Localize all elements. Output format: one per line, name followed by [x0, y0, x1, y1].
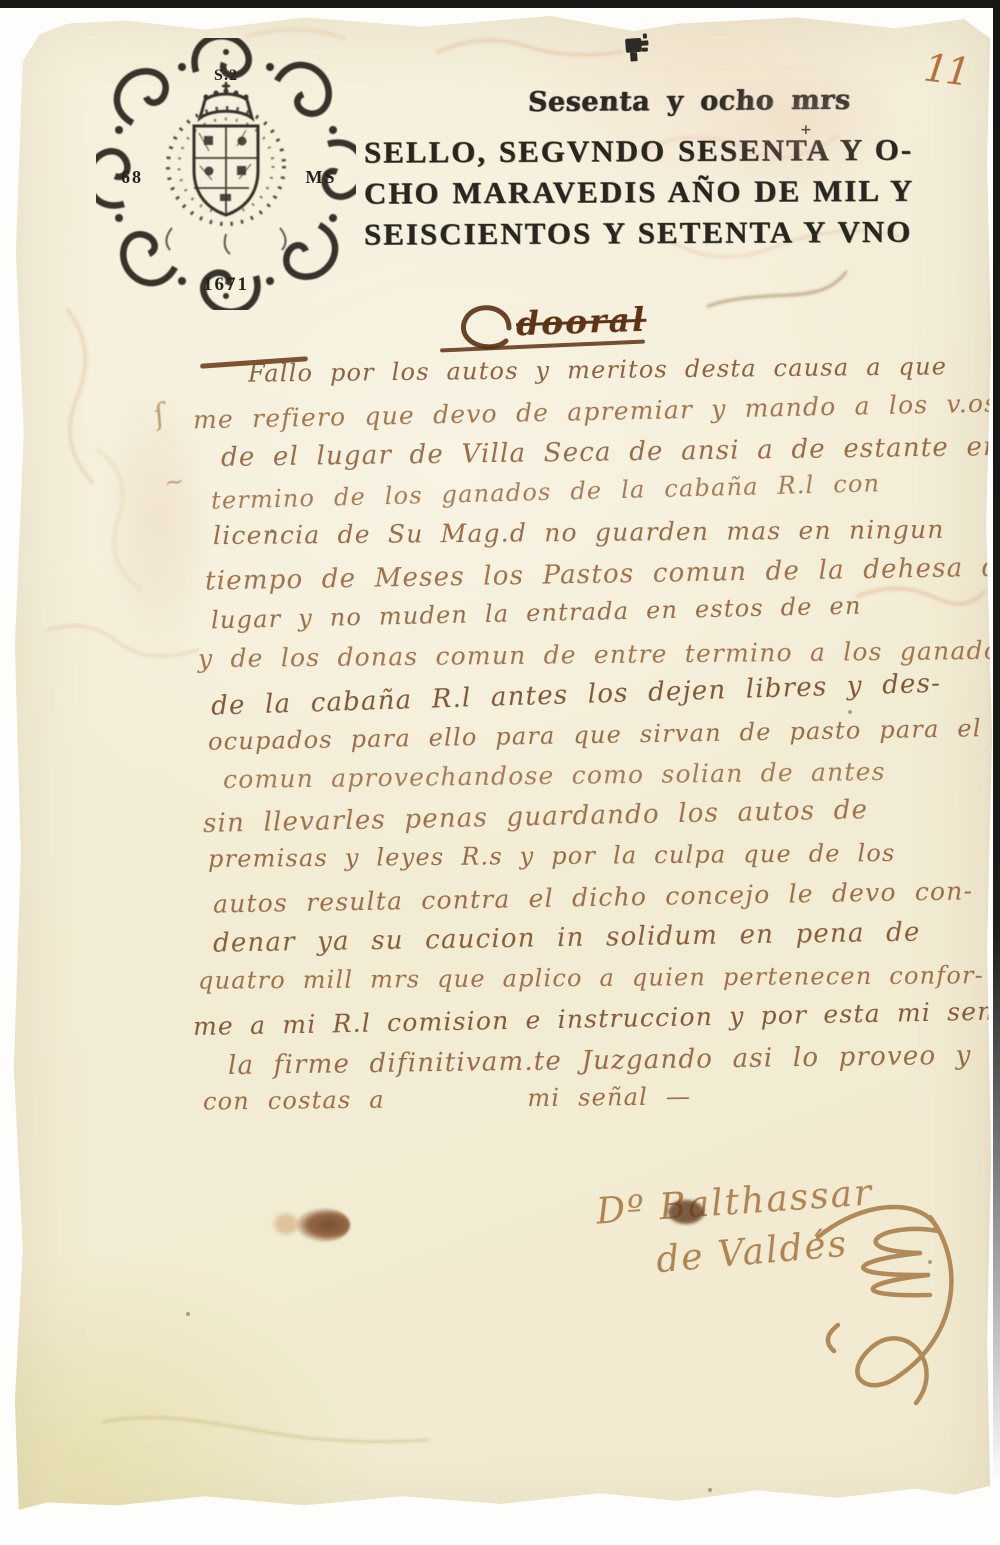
manuscript-line: de la cabaña R.l antes los dejen libres … [211, 669, 942, 722]
document-page: S.2 68 MS 1671 11 Sesenta y ocho mrs SEL… [8, 10, 994, 1522]
fox-speck [186, 1312, 190, 1316]
manuscript-line: comun aprovechandose como solian de ante… [223, 757, 886, 794]
manuscript-line: tiempo de Meses los Pastos comun de la d… [205, 551, 1000, 596]
manuscript-body: Fallo por los autos y meritos desta caus… [193, 348, 983, 1138]
ink-blot [668, 1200, 704, 1224]
manuscript-line: y de los donas comun de entre termino a … [198, 635, 1000, 673]
fox-speck [708, 1488, 712, 1492]
scan-edge-top [0, 0, 1000, 8]
manuscript-line: autos resulta contra el dicho concejo le… [213, 876, 974, 918]
manuscript-line: quatro mill mrs que aplico a quien perte… [198, 961, 984, 994]
manuscript-line: de el lugar de Villa Seca de ansi a de e… [221, 431, 1000, 473]
manuscript-line: premisas y leyes R.s y por la culpa que … [208, 839, 896, 873]
ink-stain [296, 1208, 350, 1242]
manuscript-line: con costas a mi señal — [203, 1082, 691, 1115]
seal-right-label: MS [306, 167, 337, 187]
manuscript-line: ocupados para ello para que sirvan de pa… [208, 714, 982, 755]
show-through-smudge [108, 380, 208, 660]
manuscript-line: sin llevarles penas guardando los autos … [203, 795, 869, 839]
manuscript-line: me refiero que devo de apremiar y mando … [193, 388, 999, 434]
fox-speck [928, 1260, 932, 1264]
folio-number: 11 [921, 45, 970, 94]
manuscript-line: la firme difinitivam.te Juzgando asi lo … [228, 1039, 1000, 1081]
scan-edge-right [993, 0, 1000, 1545]
royal-tax-seal: S.2 68 MS 1671 [96, 38, 356, 310]
stamp-printed-line: CHO MARAVEDIS AÑO DE MIL Y [364, 169, 994, 213]
ink-stain [274, 1214, 298, 1234]
fox-speck [848, 710, 852, 714]
manuscript-line: Fallo por los autos y meritos desta caus… [248, 352, 947, 387]
seal-year-label: 1671 [203, 274, 249, 295]
cross-mark-icon [620, 32, 658, 76]
coat-of-arms-shield [194, 126, 258, 215]
crown-icon [200, 82, 252, 118]
scanned-document: S.2 68 MS 1671 11 Sesenta y ocho mrs SEL… [0, 0, 1000, 1545]
stamp-printed-line: SELLO, SEGVNDO SESENTA Y O- [364, 128, 994, 172]
seal-left-label: 68 [121, 167, 143, 187]
manuscript-line: me a mi R.l comision e instruccion y por… [193, 996, 1000, 1041]
show-through-smudge [698, 60, 898, 190]
heading-crossed-out: dooral [515, 300, 647, 344]
signature-rubric-flourish [778, 1175, 998, 1410]
manuscript-line: denar ya su caucion in solidum en pena d… [213, 917, 921, 958]
stamp-printed-line: SEISCIENTOS Y SETENTA Y VNO [364, 210, 994, 254]
fox-speck [270, 529, 274, 533]
seal-top-label: S.2 [214, 67, 238, 84]
manuscript-line: licencia de Su Mag.d no guarden mas en n… [213, 515, 945, 550]
stamp-printed-text: SELLO, SEGVNDO SESENTA Y O- CHO MARAVEDI… [364, 130, 994, 253]
manuscript-line: termino de los ganados de la cabaña R.l … [211, 469, 881, 515]
manuscript-line: lugar y no muden la entrada en estos de … [211, 592, 862, 635]
